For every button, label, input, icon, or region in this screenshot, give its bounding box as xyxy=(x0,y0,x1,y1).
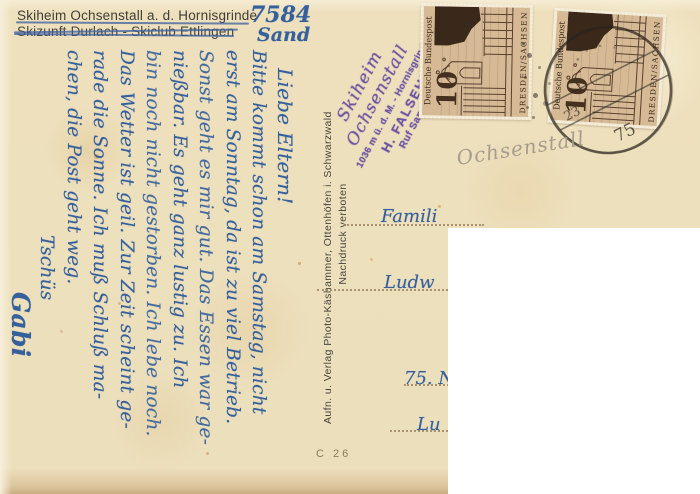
aging-specks xyxy=(0,0,3,3)
letter-line: Bitte kommt schon am Samstag, nicht xyxy=(245,50,272,490)
address-fragment: Famili xyxy=(381,206,437,227)
publisher-credit: Aufn. u. Verlag Photo-Käshammer, Ottenhö… xyxy=(321,44,336,424)
postmark-day: 23 xyxy=(562,104,584,125)
letter-text-block: Liebe Eltern! Bitte kommt schon am Samst… xyxy=(2,50,298,490)
postage-stamp-left: Deutsche Bundespost 10 DRESDEN/SACHSEN xyxy=(419,3,533,120)
card-number: C 26 xyxy=(316,448,351,460)
publisher-imprint: Aufn. u. Verlag Photo-Käshammer, Ottenhö… xyxy=(321,44,353,424)
handwritten-place: Sand xyxy=(257,24,310,46)
publisher-text-block: Aufn. u. Verlag Photo-Käshammer, Ottenhö… xyxy=(321,44,353,424)
pencil-note: Ochsenstall xyxy=(455,126,587,170)
letter-salutation: Liebe Eltern! xyxy=(272,50,299,490)
cancellation-smudges xyxy=(522,42,525,45)
letter-line: Das Wetter ist geil. Zur Zeit scheint ge… xyxy=(113,50,140,490)
letter-line: chen, die Post geht weg. xyxy=(60,50,87,490)
redaction-overlay xyxy=(448,228,700,494)
letter-line: nießbar. Es geht ganz lustig zu. Ich xyxy=(166,50,193,490)
letter-line: erst am Sonntag, da ist zu viel Betrieb. xyxy=(219,50,246,490)
address-fragment: Lu xyxy=(417,414,441,435)
stamp-value: 10 xyxy=(432,71,464,109)
reprint-notice: Nachdruck verboten xyxy=(336,44,351,424)
letter-line: Sonst geht es mir gut. Das Essen war ge- xyxy=(192,50,219,490)
letter-line: rade die Sonne. Ich muß Schluß ma- xyxy=(86,50,113,490)
postmark-code: 75 xyxy=(611,119,639,147)
letter-signature: Gabi xyxy=(7,50,34,490)
letter-closing: Tschüs xyxy=(33,50,60,490)
address-fragment: Ludw xyxy=(384,272,434,293)
postcard-back: { "card": { "header": { "title": "Skihei… xyxy=(0,0,700,494)
address-fragment: 75. N xyxy=(404,368,454,389)
stamp-motif-label: DRESDEN/SACHSEN xyxy=(518,8,529,117)
stamp-design: Deutsche Bundespost 10 DRESDEN/SACHSEN xyxy=(422,6,530,117)
handwritten-letter: Liebe Eltern! Bitte kommt schon am Samst… xyxy=(2,50,298,490)
letter-line: bin noch nicht gestorben. Ich lebe noch. xyxy=(139,50,166,490)
